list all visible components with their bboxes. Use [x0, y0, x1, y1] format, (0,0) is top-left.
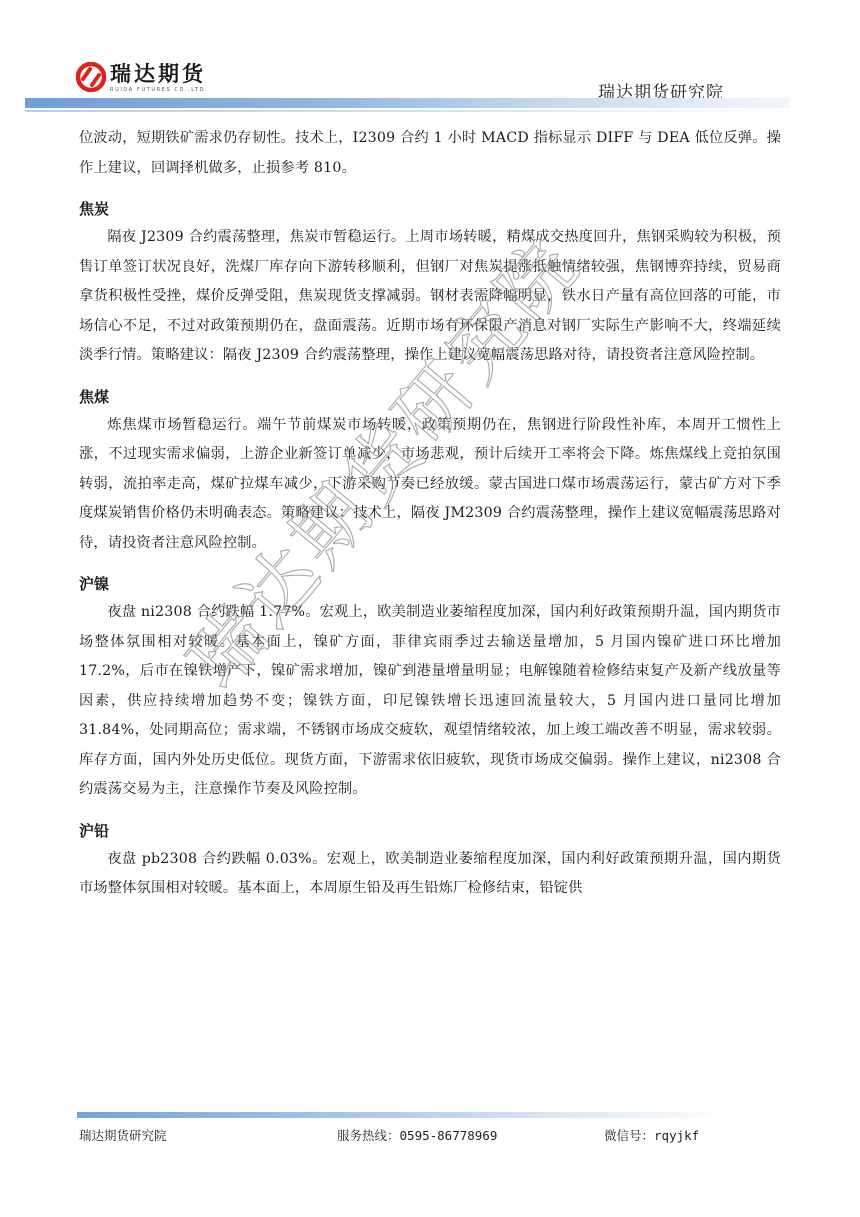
section-coking-coal: 焦煤 炼焦煤市场暂稳运行。端午节前煤炭市场转暖，政策预期仍在，焦钢进行阶段性补库…	[79, 385, 781, 559]
report-body: 位波动，短期铁矿需求仍存韧性。技术上，I2309 合约 1 小时 MACD 指标…	[79, 124, 781, 904]
hotline-value: 0595-86778969	[400, 1128, 498, 1143]
footer-hotline: 服务热线：0595-86778969	[337, 1126, 497, 1144]
header-divider-line	[25, 110, 790, 112]
page-footer: 瑞达期货研究院 服务热线：0595-86778969 微信号：rqyjkf	[79, 1126, 779, 1146]
page-header: 瑞达期货 RUIDA FUTURES CO.,LTD. 瑞达期货研究院	[0, 0, 860, 120]
hotline-label: 服务热线：	[337, 1128, 400, 1143]
section-title: 焦煤	[79, 385, 781, 409]
section-nickel: 沪镍 夜盘 ni2308 合约跌幅 1.77%。宏观上，欧美制造业萎缩程度加深，…	[79, 572, 781, 805]
logo-english-name: RUIDA FUTURES CO.,LTD.	[110, 87, 208, 94]
section-lead: 沪铅 夜盘 pb2308 合约跌幅 0.03%。宏观上，欧美制造业萎缩程度加深，…	[79, 819, 781, 904]
logo-chinese-name: 瑞达期货	[110, 62, 208, 86]
intro-paragraph: 位波动，短期铁矿需求仍存韧性。技术上，I2309 合约 1 小时 MACD 指标…	[79, 124, 781, 183]
footer-divider-bar	[77, 1112, 728, 1118]
section-coke: 焦炭 隔夜 J2309 合约震荡整理，焦炭市暂稳运行。上周市场转暖，精煤成交热度…	[79, 197, 781, 371]
header-divider-bar	[25, 98, 790, 108]
section-paragraph: 隔夜 J2309 合约震荡整理，焦炭市暂稳运行。上周市场转暖，精煤成交热度回升，…	[79, 223, 781, 371]
section-title: 焦炭	[79, 197, 781, 221]
wechat-label: 微信号：	[604, 1128, 654, 1143]
footer-org-name: 瑞达期货研究院	[79, 1126, 167, 1144]
section-paragraph: 炼焦煤市场暂稳运行。端午节前煤炭市场转暖，政策预期仍在，焦钢进行阶段性补库，本周…	[79, 411, 781, 559]
wechat-value: rqyjkf	[654, 1128, 699, 1143]
ruida-logo-icon	[76, 62, 106, 92]
section-paragraph: 夜盘 pb2308 合约跌幅 0.03%。宏观上，欧美制造业萎缩程度加深，国内利…	[79, 845, 781, 904]
company-logo: 瑞达期货 RUIDA FUTURES CO.,LTD.	[76, 62, 208, 94]
section-paragraph: 夜盘 ni2308 合约跌幅 1.77%。宏观上，欧美制造业萎缩程度加深，国内利…	[79, 598, 781, 805]
footer-wechat: 微信号：rqyjkf	[604, 1126, 699, 1144]
section-title: 沪镍	[79, 572, 781, 596]
section-title: 沪铅	[79, 819, 781, 843]
